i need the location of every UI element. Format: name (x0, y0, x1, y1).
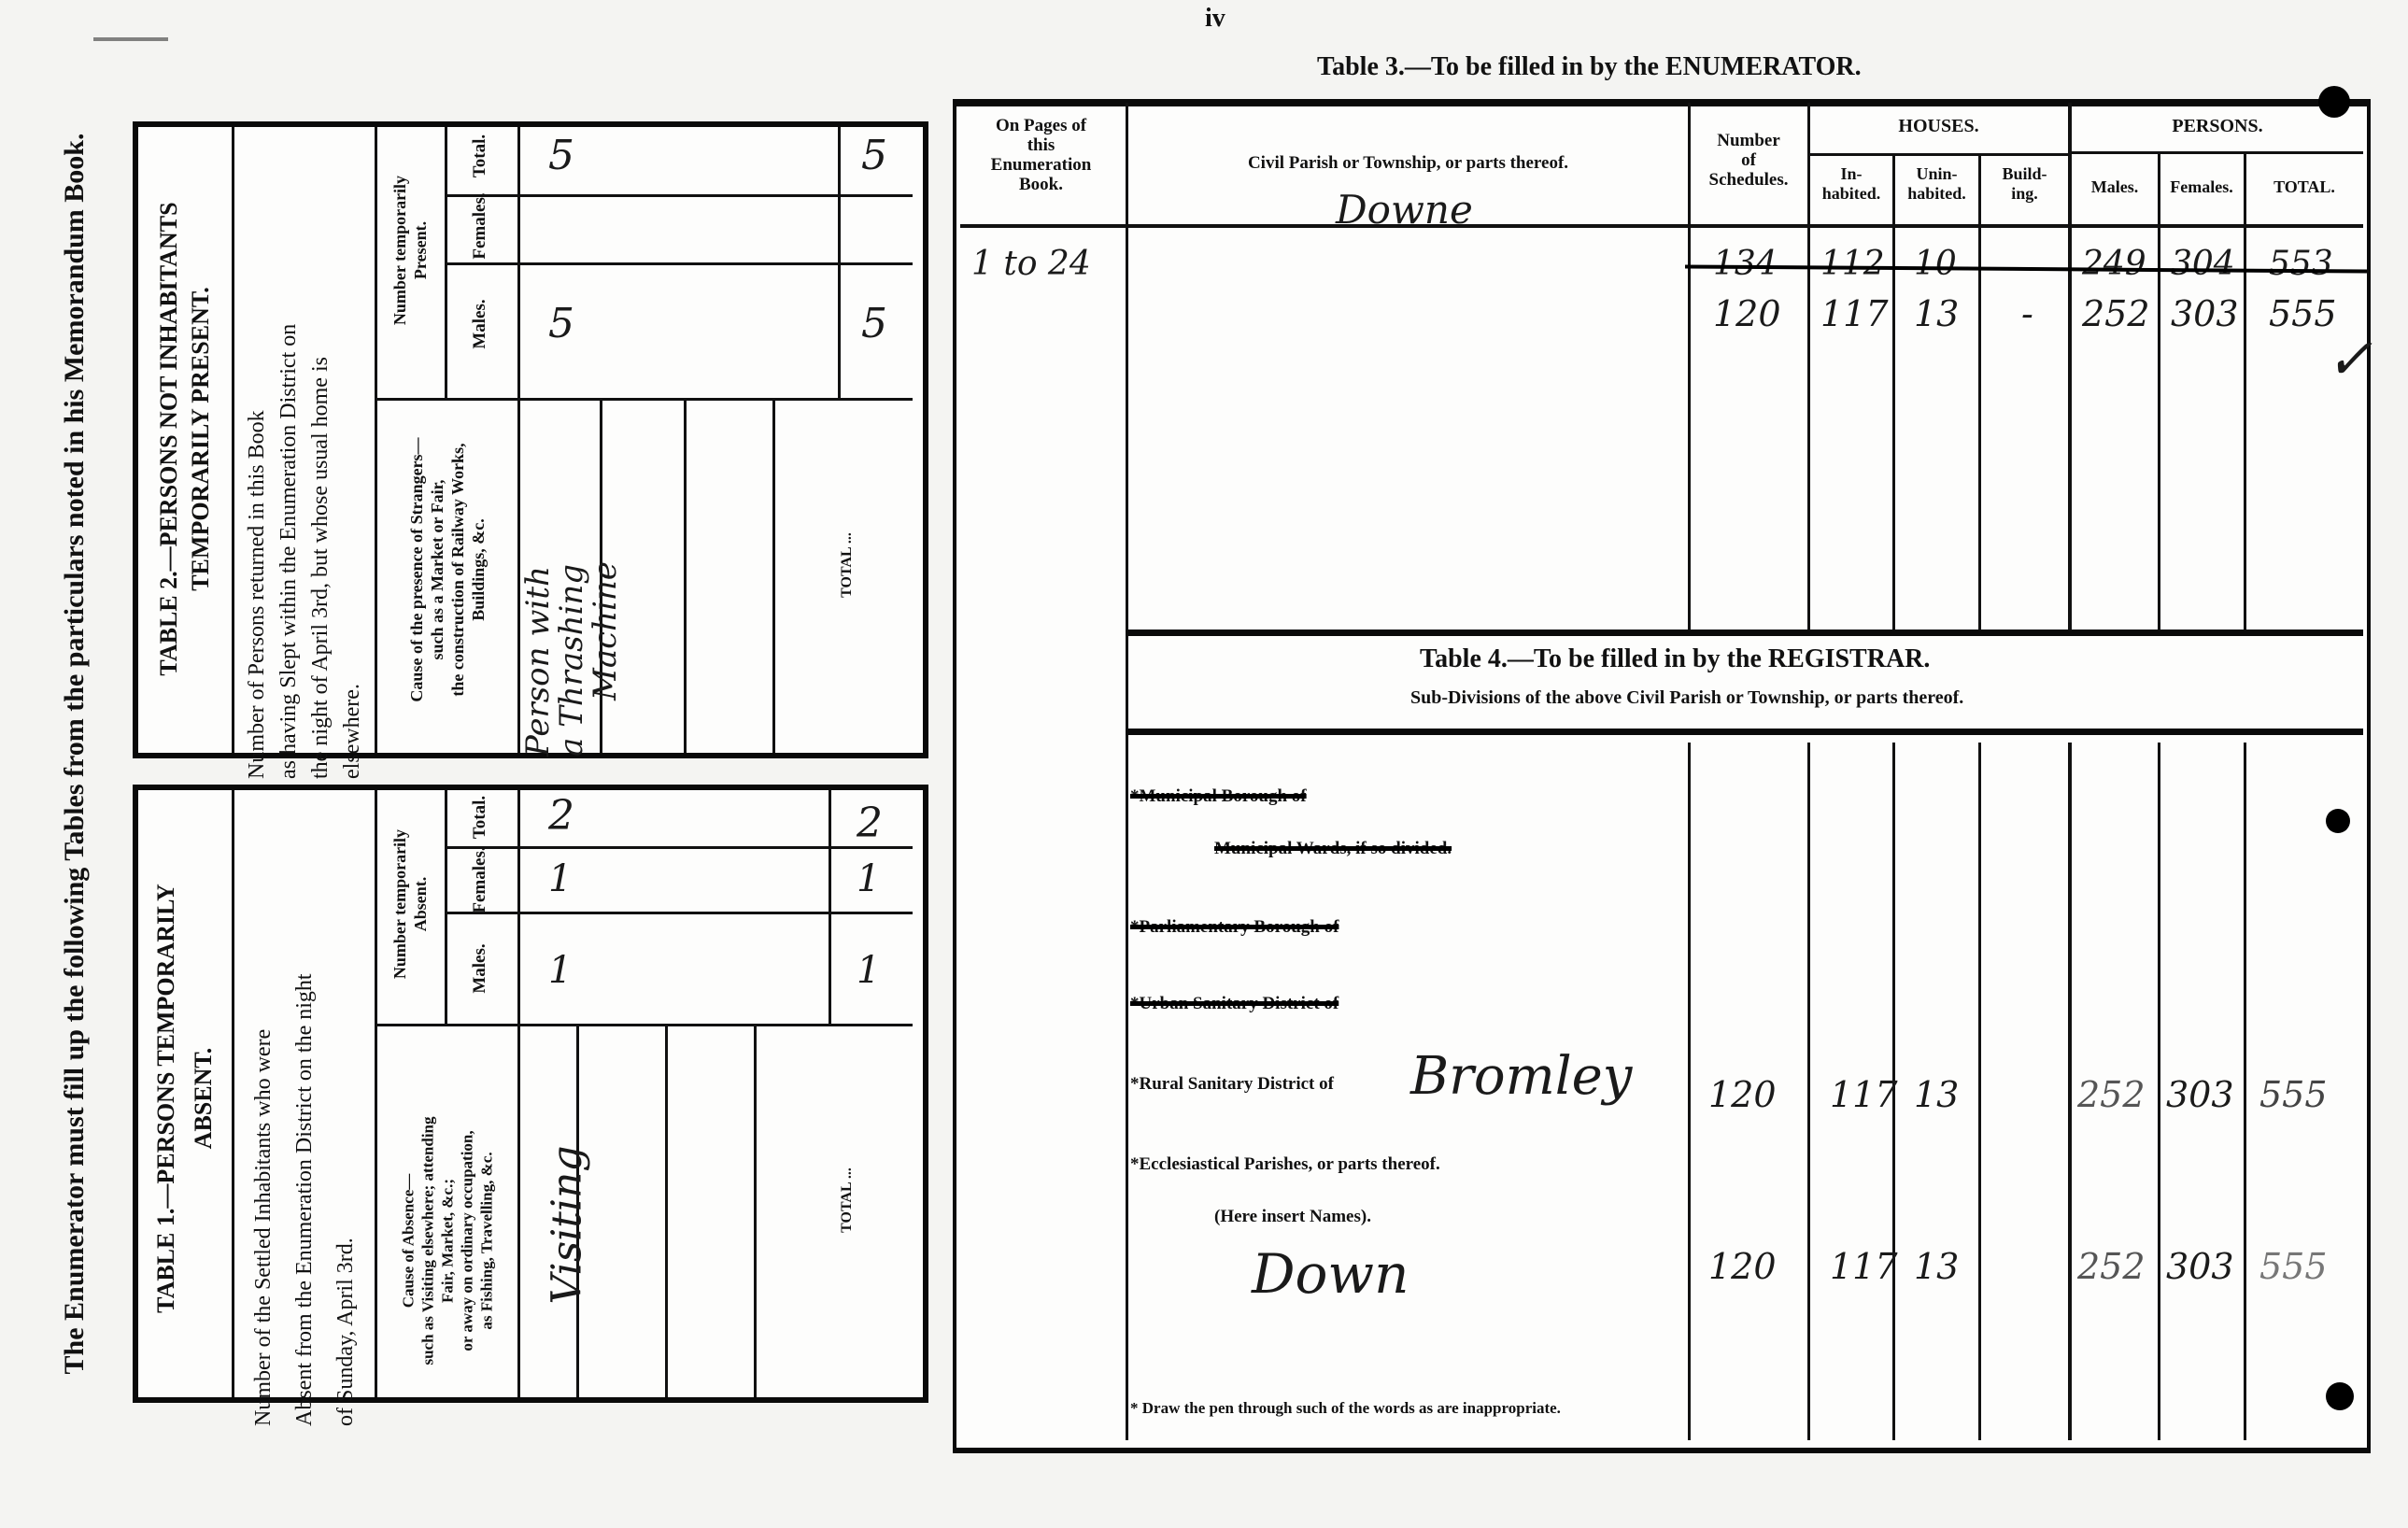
scan-mark (93, 37, 168, 41)
rural-sanitary-name: Bromley (1410, 1046, 1632, 1107)
parish-name: Downe (1336, 187, 1473, 233)
col-females-header: Females. (470, 833, 490, 927)
table-2-row-total: 5 (548, 132, 574, 179)
struck-inhabited: 112 (1820, 245, 1885, 283)
table-1-total-males: 1 (857, 949, 880, 992)
label-urban-sanitary: *Urban Sanitary District of (1130, 994, 1339, 1014)
schedules-value: 120 (1713, 293, 1781, 334)
header-uninhabited: Unin- habited. (1895, 164, 1978, 204)
header-persons: PERSONS. (2072, 116, 2363, 137)
rural-total: 555 (2259, 1074, 2328, 1115)
header-line: Number temporarily (390, 815, 410, 993)
females-value: 303 (2171, 293, 2239, 334)
table-1-description: Number of the Settled Inhabitants who we… (243, 819, 366, 1426)
table-3-row: 120 117 13 - 252 303 555 (1690, 293, 2363, 340)
table-4-header-rule (1126, 729, 2363, 735)
cause-line: Person with (521, 448, 555, 757)
pin-hole-icon (2318, 86, 2350, 118)
struck-males: 249 (2082, 245, 2146, 283)
table-4-top-rule (1126, 630, 2363, 636)
check-mark-icon: ✓ (2326, 327, 2373, 392)
description-line: as having Slept within the Enumeration D… (273, 163, 305, 779)
eccl-uninhabited: 13 (1914, 1246, 1959, 1287)
header-schedules: Number of Schedules. (1690, 131, 1807, 190)
table-1-header-column: Cause of Absence— such as Visiting elsew… (377, 790, 520, 1397)
table-2-description: Number of Persons returned in this Book … (241, 163, 368, 779)
houses-underline (1807, 153, 2068, 156)
table-2-total-total: 5 (861, 132, 887, 179)
header-line: Schedules. (1690, 170, 1807, 190)
rural-inhabited: 117 (1830, 1074, 1898, 1115)
rural-schedules: 120 (1708, 1074, 1777, 1115)
header-line: habited. (1810, 184, 1892, 204)
table-2-header-column: Cause of the presence of Strangers— such… (377, 127, 520, 753)
struck-row: 134 112 10 249 304 553 (1690, 245, 2363, 288)
header-line: Number (1690, 131, 1807, 150)
table-4-subtitle: Sub-Divisions of the above Civil Parish … (1410, 687, 1963, 709)
table-2: TABLE 2.—PERSONS NOT INHABITANTS TEMPORA… (133, 121, 928, 758)
header-line: Cause of Absence— (399, 1064, 418, 1419)
description-line: of Sunday, April 3rd. (325, 819, 366, 1426)
table-4-ecclesiastical-row: 120 117 13 252 303 555 (1690, 1246, 2363, 1293)
header-line: or away on ordinary occupation, (458, 1064, 477, 1419)
description-line: Number of the Settled Inhabitants who we… (243, 819, 284, 1426)
col-males-header: Males. (470, 922, 490, 1015)
description-line: the night of April 3rd, but whose usual … (305, 163, 336, 779)
header-line: such as Visiting elsewhere; attending (418, 1064, 438, 1419)
eccl-total: 555 (2259, 1246, 2328, 1287)
divider (1126, 103, 1128, 1440)
ecclesiastical-name: Down (1252, 1242, 1409, 1306)
header-males: Males. (2072, 177, 2158, 197)
table-1-total-total: 2 (857, 799, 883, 847)
header-line: Cause of the presence of Strangers— (406, 416, 427, 724)
table-1-row-total: 2 (548, 792, 574, 840)
table-1-title-line: ABSENT. (185, 795, 222, 1402)
header-line: Build- (1981, 164, 2068, 184)
eccl-males: 252 (2077, 1246, 2146, 1287)
males-value: 252 (2082, 293, 2150, 334)
page-number: iv (1205, 4, 1225, 34)
inhabited-value: 117 (1820, 293, 1889, 334)
label-ecclesiastical: *Ecclesiastical Parishes, or parts there… (1130, 1154, 1440, 1175)
header-line: In- (1810, 164, 1892, 184)
header-line: of (1690, 150, 1807, 170)
header-line: Book. (956, 175, 1126, 194)
label-insert-names: (Here insert Names). (1214, 1207, 1371, 1227)
header-inhabited: In- habited. (1810, 164, 1892, 204)
col-males-header: Males. (470, 277, 490, 371)
table-1-title: TABLE 1.—PERSONS TEMPORARILY ABSENT. (148, 795, 222, 1402)
table-1-row-males: 1 (548, 949, 572, 992)
table-2-total-males: 5 (861, 300, 887, 347)
description-line: elsewhere. (336, 163, 368, 779)
header-line: the construction of Railway Works, (447, 416, 468, 724)
col-females-header: Females. (470, 179, 490, 273)
table-2-title-line: TABLE 2.—PERSONS NOT INHABITANTS (153, 126, 185, 752)
uninhabited-value: 13 (1914, 293, 1959, 334)
label-parliamentary-borough: *Parliamentary Borough of (1130, 917, 1339, 938)
table-1: TABLE 1.—PERSONS TEMPORARILY ABSENT. Num… (133, 785, 928, 1403)
header-pages: On Pages of this Enumeration Book. (956, 116, 1126, 194)
header-line: On Pages of (956, 116, 1126, 135)
table-1-row-cause: Visiting (544, 1104, 591, 1347)
table-1-cause-header: Cause of Absence— such as Visiting elsew… (399, 1064, 497, 1419)
struck-uninhabited: 10 (1914, 245, 1957, 283)
persons-underline (2072, 151, 2363, 154)
table-4-rural-row: 120 117 13 252 303 555 (1690, 1074, 2363, 1121)
struck-schedules: 134 (1713, 245, 1778, 283)
rural-males: 252 (2077, 1074, 2146, 1115)
rural-uninhabited: 13 (1914, 1074, 1959, 1115)
header-total: TOTAL. (2245, 177, 2363, 197)
description-line: Absent from the Enumeration District on … (284, 819, 325, 1426)
table-2-total-label: TOTAL ... (839, 490, 856, 640)
cause-line: a Thrashing (555, 448, 588, 757)
table-4-footnote: * Draw the pen through such of the words… (1130, 1399, 1561, 1418)
header-line: Present. (410, 152, 431, 348)
header-line: as Fishing, Travelling, &c. (477, 1064, 497, 1419)
header-line: Enumeration (956, 155, 1126, 175)
table-2-number-header: Number temporarily Present. (390, 152, 431, 348)
header-houses: HOUSES. (1809, 116, 2068, 137)
table-2-title: TABLE 2.—PERSONS NOT INHABITANTS TEMPORA… (153, 126, 217, 752)
header-line: Fair, Market, &c.; (438, 1064, 458, 1419)
table-1-total-label: TOTAL ... (839, 1125, 856, 1275)
table-1-title-column: TABLE 1.—PERSONS TEMPORARILY ABSENT. (138, 790, 234, 1397)
header-building: Build- ing. (1981, 164, 2068, 204)
pages-range: 1 to 24 (971, 245, 1091, 283)
table-2-data: 5 5 Person with a Thrashing Machine TOTA… (520, 127, 923, 753)
pin-hole-icon (2326, 809, 2350, 833)
header-line: Unin- (1895, 164, 1978, 184)
building-value: - (2021, 293, 2033, 334)
description-line: Number of Persons returned in this Book (241, 163, 273, 779)
table-2-description-column: Number of Persons returned in this Book … (234, 127, 377, 753)
header-line: Number temporarily (390, 152, 410, 348)
table-1-title-line: TABLE 1.—PERSONS TEMPORARILY (148, 795, 185, 1402)
table-2-row-males: 5 (548, 300, 574, 347)
header-bottom-rule (960, 224, 2363, 228)
table-4-title: Table 4.—To be filled in by the REGISTRA… (1420, 644, 1930, 674)
table-1-description-column: Number of the Settled Inhabitants who we… (234, 790, 377, 1397)
table-2-cause-header: Cause of the presence of Strangers— such… (406, 416, 489, 724)
table-2-title-line: TEMPORARILY PRESENT. (185, 126, 217, 752)
label-rural-sanitary: *Rural Sanitary District of (1130, 1074, 1334, 1095)
table-1-total-females: 1 (857, 857, 880, 900)
eccl-inhabited: 117 (1830, 1246, 1898, 1287)
cause-line: Machine (588, 448, 622, 757)
header-line: Absent. (410, 815, 431, 993)
eccl-schedules: 120 (1708, 1246, 1777, 1287)
table-1-data: 2 1 1 Visiting TOTAL ... 2 1 1 (520, 790, 923, 1397)
header-line: this (956, 135, 1126, 155)
eccl-females: 303 (2166, 1246, 2234, 1287)
struck-females: 304 (2171, 245, 2235, 283)
table-1-number-header: Number temporarily Absent. (390, 815, 431, 993)
pin-hole-icon (2326, 1382, 2354, 1410)
table-1-row-females: 1 (548, 857, 572, 900)
struck-total: 553 (2269, 245, 2333, 283)
header-line: habited. (1895, 184, 1978, 204)
header-line: such as a Market or Fair, (427, 416, 447, 724)
header-line: ing. (1981, 184, 2068, 204)
header-females: Females. (2160, 177, 2244, 197)
table-3-title: Table 3.—To be filled in by the ENUMERAT… (1317, 52, 1862, 82)
header-parish: Civil Parish or Township, or parts there… (1128, 153, 1688, 174)
label-municipal-borough: *Municipal Borough of (1130, 786, 1307, 807)
strike-line (1685, 264, 2367, 273)
margin-instruction: The Enumerator must fill up the followin… (59, 81, 91, 1426)
table-2-title-column: TABLE 2.—PERSONS NOT INHABITANTS TEMPORA… (138, 127, 234, 753)
table-2-row-cause: Person with a Thrashing Machine (521, 448, 622, 757)
rural-females: 303 (2166, 1074, 2234, 1115)
header-line: Buildings, &c. (468, 416, 489, 724)
label-municipal-wards: Municipal Wards, if so divided. (1214, 839, 1452, 859)
